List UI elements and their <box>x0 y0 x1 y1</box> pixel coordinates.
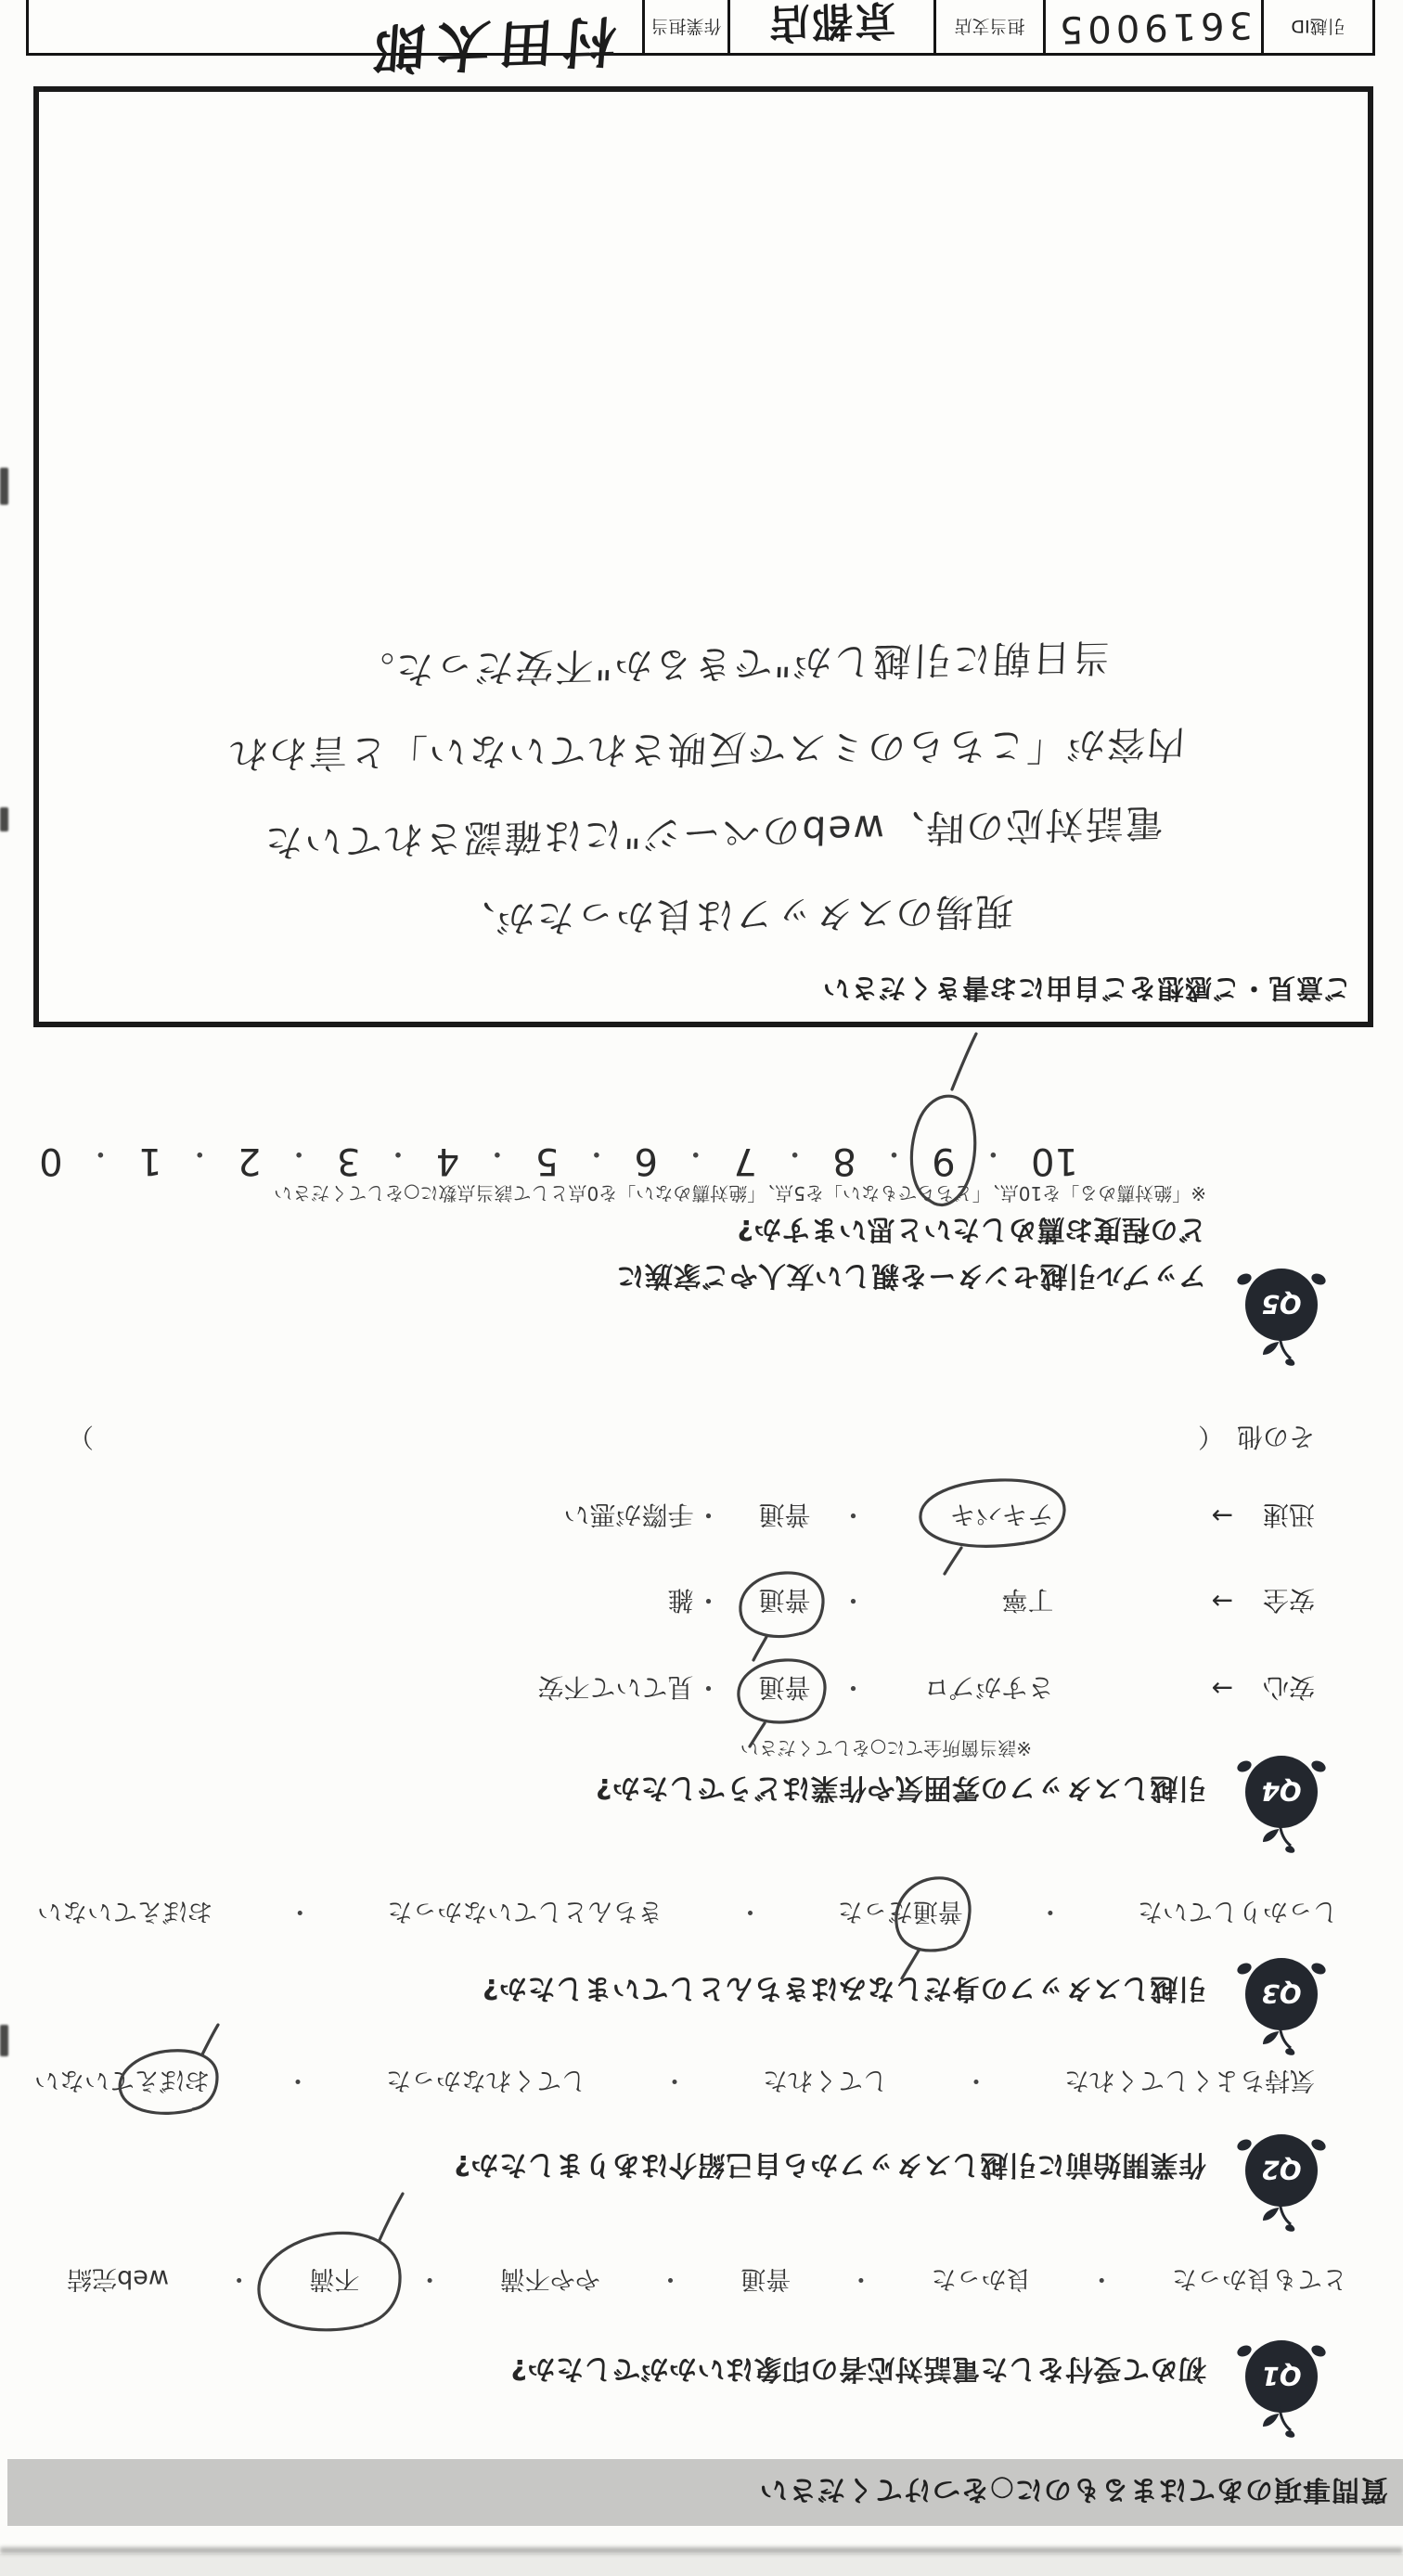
q5-badge-label: Q5 <box>1261 1290 1301 1320</box>
option: 気持ちよくしてくれた <box>1064 2065 1315 2101</box>
option: 良かった <box>932 2263 1032 2299</box>
option: おぼえていない <box>37 1896 212 1932</box>
scale-value: 4 <box>436 1140 459 1182</box>
close-paren: ） <box>68 1420 94 1457</box>
q2-mascot-badge: Q2 <box>1245 2134 1318 2207</box>
option-separator: ・ <box>418 2263 443 2299</box>
field-label-moving-id: 引越ID <box>1261 0 1372 53</box>
scale-value: 6 <box>635 1140 658 1182</box>
row-label: 安全 <box>1242 1583 1315 1620</box>
q2-badge-label: Q2 <box>1261 2156 1301 2186</box>
comment-box-label: ご意見・ご感想をご自由にお書きください <box>822 971 1351 1009</box>
leaf-sprout-icon <box>1260 2200 1299 2232</box>
field-label-branch: 担当支店 <box>933 0 1043 53</box>
scale-value-circled: 9 <box>932 1140 955 1182</box>
option-circled: テキパキ <box>869 1498 1054 1535</box>
option-circled: 普通だった <box>838 1896 963 1932</box>
open-paren: （ <box>1198 1420 1224 1457</box>
option-separator: ・ <box>286 2065 311 2101</box>
option-separator: ・ <box>696 1670 722 1707</box>
option: きちんとしていなかった <box>387 1896 663 1932</box>
other-label: その他 <box>1237 1420 1315 1457</box>
option: とても良かった <box>1172 2263 1347 2299</box>
q4-row-jinsoku: 迅速 → テキパキ ・ 普通 ・ 手際が悪い <box>563 1498 1315 1535</box>
scale-value: 10 <box>1031 1140 1078 1182</box>
scan-edge-shadow <box>0 2547 1403 2554</box>
option-separator: ・ <box>841 1583 867 1620</box>
option: さすがプロ <box>869 1670 1054 1707</box>
scan-smudge <box>0 2025 8 2056</box>
field-value-branch: 京都店 <box>727 0 933 53</box>
scan-smudge <box>0 807 8 831</box>
scale-value: 2 <box>238 1140 261 1182</box>
leaf-sprout-icon <box>1260 2406 1299 2438</box>
handwritten-comment-line: 現場のスタッフは良かったが、 <box>454 887 1014 949</box>
q5-question-text-line2: どの程度お薦めしたいと思いますか? <box>737 1212 1206 1253</box>
scale-value: 3 <box>337 1140 360 1182</box>
option-circled: 不満 <box>309 2263 359 2299</box>
q3-question-text: 引越しスタッフの身だしなみはきちんとしていましたか? <box>483 1971 1206 2012</box>
option-separator: ・ <box>696 1498 722 1535</box>
option-separator: ・ <box>848 2263 873 2299</box>
option-separator: ・ <box>841 1498 867 1535</box>
q1-badge-label: Q1 <box>1261 2362 1301 2392</box>
q3-mascot-badge: Q3 <box>1245 1958 1318 2030</box>
scan-smudge <box>0 468 8 505</box>
arrow-icon: → <box>1212 1587 1233 1617</box>
option-separator: ・ <box>1037 1896 1062 1932</box>
handwritten-comment-line: 内容が「こちらのミスで反映されていない」と言われ <box>225 720 1186 785</box>
option-separator: ・ <box>288 1896 313 1932</box>
option-separator: ・ <box>1089 2263 1114 2299</box>
scale-value: 0 <box>39 1140 62 1182</box>
leaf-sprout-icon <box>1260 1822 1299 1853</box>
field-label-staff: 作業担当 <box>642 0 727 53</box>
option-separator: ・ <box>841 1670 867 1707</box>
option: 普通 <box>752 1498 811 1535</box>
option: してくれた <box>763 2065 888 2101</box>
option: web完結 <box>67 2263 169 2299</box>
arrow-icon: → <box>1212 1674 1233 1705</box>
row-label: 安心 <box>1242 1670 1315 1707</box>
q4-badge-label: Q4 <box>1261 1777 1301 1808</box>
q4-other-row: その他 （ ） <box>68 1420 1315 1457</box>
option-separator: ・ <box>226 2263 251 2299</box>
handwritten-branch-name: 京都店 <box>766 0 896 58</box>
q3-badge-label: Q3 <box>1261 1979 1301 2010</box>
option: 普通 <box>740 2263 791 2299</box>
handwritten-moving-id: 3619005 <box>1054 4 1253 52</box>
option-separator: ・ <box>964 2065 989 2101</box>
section-title-bar: 質問事項のあてはまるものに○をつけてください <box>7 2459 1403 2526</box>
option-separator: ・ <box>738 1896 763 1932</box>
survey-sheet: 質問事項のあてはまるものに○をつけてください Q1 初めて受付をした電話対応者の… <box>0 0 1403 2576</box>
leaf-sprout-icon <box>1260 2024 1299 2055</box>
option: やや不満 <box>500 2263 600 2299</box>
id-header-table: 引越ID 3619005 担当支店 京都店 作業担当 村田太郎 <box>26 0 1375 56</box>
scale-value: 8 <box>832 1140 856 1182</box>
comment-box <box>33 86 1373 1027</box>
q4-row-anshin: 安心 → さすがプロ ・ 普通 ・ 見ていて不安 <box>537 1670 1315 1707</box>
option: 見ていて不安 <box>537 1670 693 1707</box>
leaf-sprout-icon <box>1260 1334 1299 1366</box>
option: 雑 <box>667 1583 693 1620</box>
q1-options-row: とても良かった ・ 良かった ・ 普通 ・ やや不満 ・ 不満 ・ web完結 <box>67 2263 1347 2299</box>
option-separator: ・ <box>658 2263 683 2299</box>
q2-question-text: 作業開始前に引越しスタッフから自己紹介はありましたか? <box>454 2147 1206 2188</box>
row-label: 迅速 <box>1242 1498 1315 1535</box>
q4-mascot-badge: Q4 <box>1245 1756 1318 1828</box>
field-value-moving-id: 3619005 <box>1043 0 1261 53</box>
scan-edge-strip <box>0 2554 1403 2576</box>
q5-note: ※「絶対薦める」を10点、「どちらでもない」を5点、「絶対薦めない」を0点として… <box>274 1181 1206 1208</box>
scale-value: 5 <box>535 1140 559 1182</box>
q4-row-anzen: 安全 → 丁寧 ・ 普通 ・ 雑 <box>667 1583 1315 1620</box>
q5-question-text-line1: アップル引越センターを親しい友人やご家族に <box>616 1258 1206 1299</box>
option-circled: 普通 <box>752 1583 811 1620</box>
q5-rating-scale: 10 ・ 9 ・ 8 ・ 7 ・ 6 ・ 5 ・ 4 ・ 3 ・ 2 ・ <box>39 1140 1078 1182</box>
arrow-icon: → <box>1212 1501 1233 1532</box>
q5-mascot-badge: Q5 <box>1245 1269 1318 1341</box>
q3-options-row: しっかりしていた ・ 普通だった ・ きちんとしていなかった ・ おぼえていない <box>37 1896 1338 1932</box>
option-circled: 普通 <box>752 1670 811 1707</box>
option-separator: ・ <box>663 2065 688 2101</box>
option: しっかりしていた <box>1138 1896 1338 1932</box>
q4-note: ※該当箇所全てに○をしてください <box>740 1736 1032 1763</box>
q1-mascot-badge: Q1 <box>1245 2340 1318 2413</box>
q2-options-row: 気持ちよくしてくれた ・ してくれた ・ してくれなかった ・ おぼえていない <box>34 2065 1315 2101</box>
scale-value: 7 <box>733 1140 756 1182</box>
field-value-staff: 村田太郎 <box>29 0 642 53</box>
scale-value: 1 <box>138 1140 161 1182</box>
option-separator: ・ <box>696 1583 722 1620</box>
handwritten-staff-name: 村田太郎 <box>361 6 619 94</box>
option: してくれなかった <box>386 2065 586 2101</box>
q1-question-text: 初めて受付をした電話対応者の印象はいかがでしたか? <box>510 2351 1206 2392</box>
section-title: 質問事項のあてはまるものに○をつけてください <box>759 2472 1388 2513</box>
scanned-survey-screenshot: 質問事項のあてはまるものに○をつけてください Q1 初めて受付をした電話対応者の… <box>0 0 1403 2576</box>
q4-question-text: 引越しスタッフの雰囲気や作業はどうでしたか? <box>596 1771 1206 1811</box>
option-circled: おぼえていない <box>34 2065 210 2101</box>
option: 丁寧 <box>869 1583 1054 1620</box>
option: 手際が悪い <box>563 1498 693 1535</box>
